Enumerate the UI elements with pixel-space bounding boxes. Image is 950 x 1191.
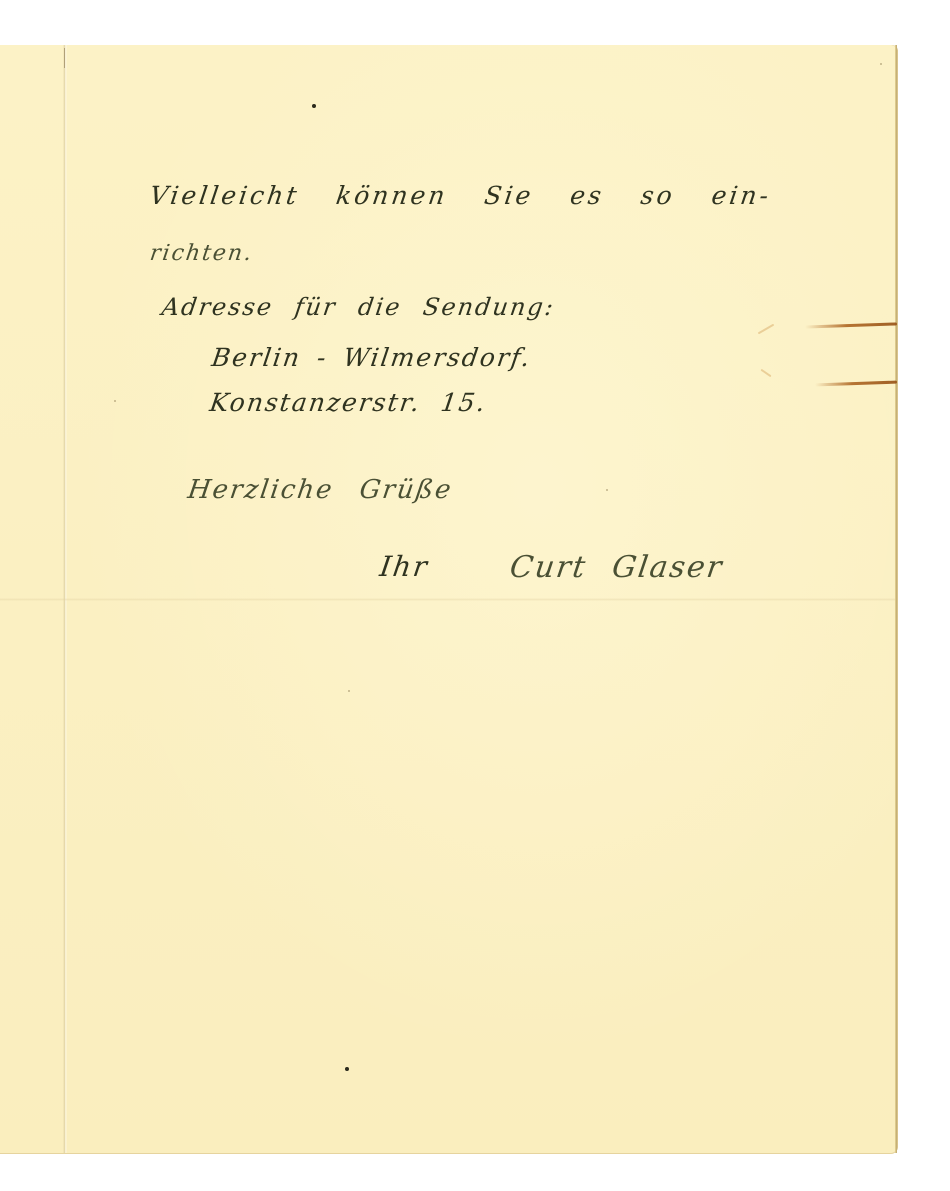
address-city: Berlin - Wilmersdorf. bbox=[210, 345, 533, 370]
rust-stain-trace bbox=[761, 369, 772, 378]
letter-line-1: Vielleicht können Sie es so ein- bbox=[148, 183, 773, 208]
rust-stain-lower bbox=[815, 381, 897, 387]
paper-speck bbox=[606, 489, 608, 491]
ink-dot-top bbox=[312, 104, 316, 108]
paper-speck bbox=[880, 63, 882, 65]
address-label: Adresse für die Sendung: bbox=[160, 295, 556, 319]
paper-right-edge bbox=[895, 45, 897, 1153]
address-street: Konstanzerstr. 15. bbox=[208, 390, 488, 415]
rust-stain-trace bbox=[758, 324, 775, 335]
fold-mark bbox=[64, 48, 65, 68]
signature: Curt Glaser bbox=[508, 553, 725, 583]
closing-greeting: Herzliche Grüße bbox=[186, 477, 454, 503]
paper-speck bbox=[114, 400, 116, 402]
ink-dot-bottom bbox=[345, 1067, 349, 1071]
paper-speck bbox=[348, 690, 350, 692]
letter-page: Vielleicht können Sie es so ein- richten… bbox=[0, 45, 897, 1153]
horizontal-fold-crease bbox=[0, 598, 897, 601]
signature-prefix: Ihr bbox=[378, 553, 430, 581]
letter-line-2: richten. bbox=[148, 243, 254, 265]
rust-stain-upper bbox=[805, 322, 897, 328]
